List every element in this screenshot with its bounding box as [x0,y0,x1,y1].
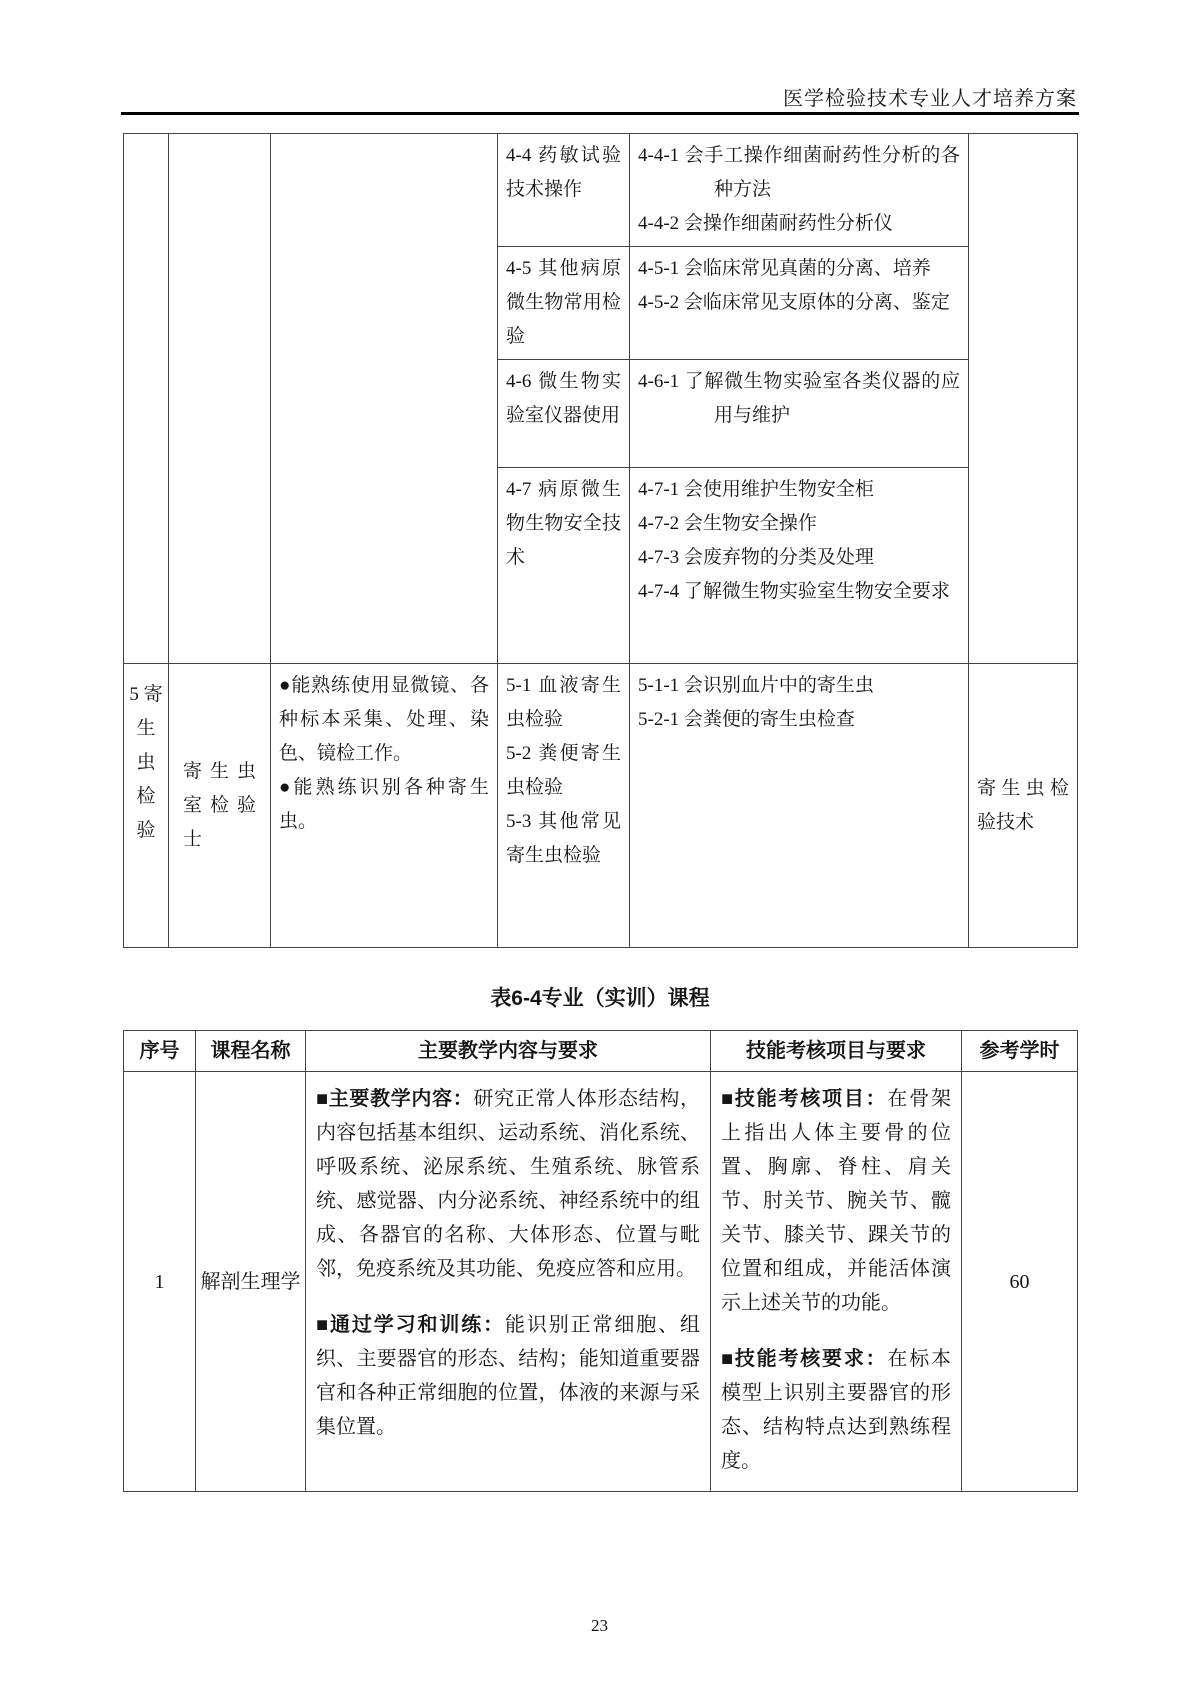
skill-item: 5-1-1 会识别血片中的寄生虫 [638,669,960,703]
paragraph-text: 研究正常人体形态结构，内容包括基本组织、运动系统、消化系统、呼吸系统、泌尿系统、… [316,1088,700,1280]
qualification-skills-table: 4-4 药敏试验技术操作 4-4-1 会手工操作细菌耐药性分析的各种方法 4-4… [123,133,1078,948]
role-cell-empty [169,134,271,664]
paragraph-text: 在骨架上指出人体主要骨的位置、胸廓、脊柱、肩关节、肘关节、腕关节、髋关节、膝关节… [721,1088,951,1314]
task-cell-4-6: 4-6 微生物实验室仪器使用 [498,360,630,468]
course-cell-5: 寄生虫检验技术 [969,664,1078,948]
col-header-content: 主要教学内容与要求 [306,1031,711,1072]
document-page: 医学检验技术专业人才培养方案 4-4 药敏试验技术操作 4-4-1 会手工操作细… [0,0,1199,1696]
skill-item: 4-4-1 会手工操作细菌耐药性分析的各种方法 [638,139,960,207]
col-header-seq: 序号 [124,1031,196,1072]
paragraph-lead: ■技能考核项目： [721,1088,887,1110]
skill-item: 5-2-1 会粪便的寄生虫检查 [638,703,960,737]
page-number: 23 [0,1616,1199,1636]
skill-item: 4-6-1 了解微生物实验室各类仪器的应用与维护 [638,365,960,433]
col-header-hours: 参考学时 [962,1031,1078,1072]
ability-item: ●能熟练使用显微镜、各种标本采集、处理、染色、镜检工作。 [279,669,489,771]
role-cell-5: 寄生虫室检验士 [169,664,271,948]
skill-cell-4-6: 4-6-1 了解微生物实验室各类仪器的应用与维护 [630,360,969,468]
seq-cell-empty [124,134,169,664]
task-cell-4-4: 4-4 药敏试验技术操作 [498,134,630,247]
paragraph: ■主要教学内容：研究正常人体形态结构，内容包括基本组织、运动系统、消化系统、呼吸… [316,1082,700,1286]
skill-item: 4-7-3 会废弃物的分类及处理 [638,541,960,575]
table-row-4-4: 4-4 药敏试验技术操作 4-4-1 会手工操作细菌耐药性分析的各种方法 4-4… [124,134,1078,247]
practical-courses-table: 序号 课程名称 主要教学内容与要求 技能考核项目与要求 参考学时 1 解剖生理学… [123,1030,1078,1492]
table2-header-row: 序号 课程名称 主要教学内容与要求 技能考核项目与要求 参考学时 [124,1031,1078,1072]
paragraph-lead: ■主要教学内容： [316,1088,473,1110]
skill-cell-4-4: 4-4-1 会手工操作细菌耐药性分析的各种方法 4-4-2 会操作细菌耐药性分析… [630,134,969,247]
ability-item: ●能熟练识别各种寄生虫。 [279,771,489,839]
header-divider [121,112,1079,115]
skill-cell-5: 5-1-1 会识别血片中的寄生虫 5-2-1 会粪便的寄生虫检查 [630,664,969,948]
skill-item: 4-4-2 会操作细菌耐药性分析仪 [638,207,960,241]
task-cell-5: 5-1 血液寄生虫检验 5-2 粪便寄生虫检验 5-3 其他常见寄生虫检验 [498,664,630,948]
seq-cell-5: 5 寄生虫检验 [124,664,169,948]
hours-value: 60 [962,1072,1078,1492]
skill-item: 4-5-1 会临床常见真菌的分离、培养 [638,252,960,286]
col-header-course: 课程名称 [196,1031,306,1072]
paragraph: ■技能考核要求：在标本模型上识别主要器官的形态、结构特点达到熟练程度。 [721,1342,951,1478]
skill-item: 4-5-2 会临床常见支原体的分离、鉴定 [638,286,960,320]
paragraph-lead: ■技能考核要求： [721,1348,887,1370]
page-header-title: 医学检验技术专业人才培养方案 [123,82,1077,111]
assessment-cell: ■技能考核项目：在骨架上指出人体主要骨的位置、胸廓、脊柱、肩关节、肘关节、腕关节… [711,1072,962,1492]
skill-item: 4-7-4 了解微生物实验室生物安全要求 [638,575,960,609]
teaching-content-cell: ■主要教学内容：研究正常人体形态结构，内容包括基本组织、运动系统、消化系统、呼吸… [306,1072,711,1492]
skill-cell-4-5: 4-5-1 会临床常见真菌的分离、培养 4-5-2 会临床常见支原体的分离、鉴定 [630,247,969,360]
table-row-5-parasite: 5 寄生虫检验 寄生虫室检验士 ●能熟练使用显微镜、各种标本采集、处理、染色、镜… [124,664,1078,948]
task-item: 5-1 血液寄生虫检验 [506,669,621,737]
task-item: 5-2 粪便寄生虫检验 [506,737,621,805]
course-name: 解剖生理学 [196,1072,306,1492]
paragraph-lead: ■通过学习和训练： [316,1314,505,1336]
skill-item: 4-7-2 会生物安全操作 [638,507,960,541]
ability-cell-empty [271,134,498,664]
skill-item: 4-7-1 会使用维护生物安全柜 [638,473,960,507]
task-item: 5-3 其他常见寄生虫检验 [506,805,621,873]
course-cell-empty [969,134,1078,664]
table2-row-1: 1 解剖生理学 ■主要教学内容：研究正常人体形态结构，内容包括基本组织、运动系统… [124,1072,1078,1492]
seq-value: 1 [124,1072,196,1492]
task-cell-4-7: 4-7 病原微生物生物安全技术 [498,468,630,664]
ability-cell-5: ●能熟练使用显微镜、各种标本采集、处理、染色、镜检工作。 ●能熟练识别各种寄生虫… [271,664,498,948]
paragraph: ■通过学习和训练：能识别正常细胞、组织、主要器官的形态、结构；能知道重要器官和各… [316,1308,700,1444]
skill-cell-4-7: 4-7-1 会使用维护生物安全柜 4-7-2 会生物安全操作 4-7-3 会废弃… [630,468,969,664]
col-header-assessment: 技能考核项目与要求 [711,1031,962,1072]
paragraph: ■技能考核项目：在骨架上指出人体主要骨的位置、胸廓、脊柱、肩关节、肘关节、腕关节… [721,1082,951,1320]
task-cell-4-5: 4-5 其他病原微生物常用检验 [498,247,630,360]
table2-caption: 表6-4专业（实训）课程 [123,982,1077,1012]
